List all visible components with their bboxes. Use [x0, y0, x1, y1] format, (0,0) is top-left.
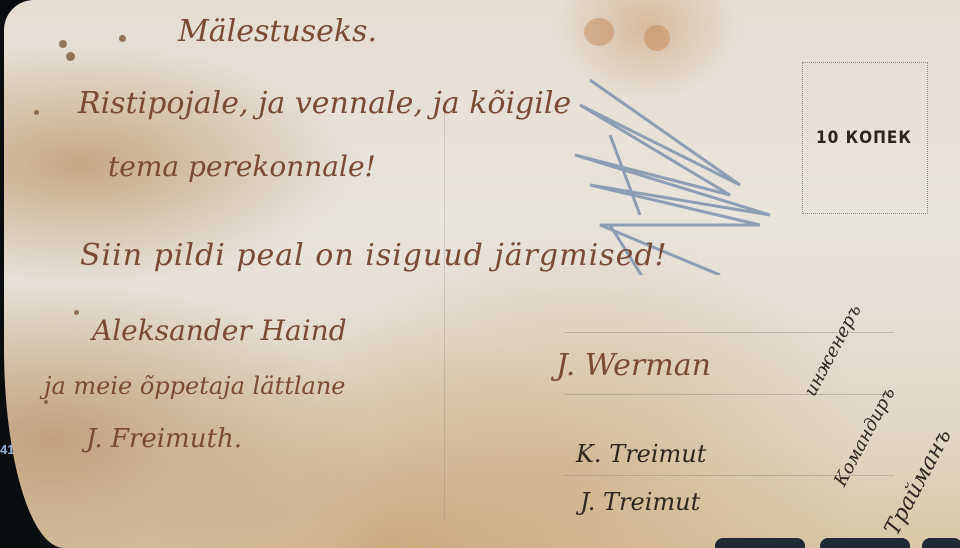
stain-spot: [66, 52, 75, 61]
stain-spot: [59, 40, 67, 48]
stain-spot: [584, 18, 614, 46]
center-divider: [444, 100, 445, 520]
line-siin-pildi: Siin pildi peal on isiguud järgmised!: [80, 238, 668, 273]
line-oppetaja: ja meie õppetaja lättlane: [44, 372, 345, 400]
signature-k-treimut: K. Treimut: [576, 440, 706, 468]
stain-spot: [644, 25, 670, 51]
stain-spot: [74, 310, 79, 315]
line-malestuseks: Mälestuseks.: [178, 14, 377, 49]
stain-spot: [34, 110, 39, 115]
background-object: [820, 538, 910, 548]
address-rule: [564, 394, 894, 395]
background-object: [922, 538, 960, 548]
stain-spot: [119, 35, 126, 42]
background-object: [715, 538, 805, 548]
line-freimuth: J. Freimuth.: [86, 424, 242, 454]
line-werman: J. Werman: [556, 348, 711, 383]
line-perekonnale: tema perekonnale!: [108, 150, 376, 183]
stain-spot: [44, 400, 48, 404]
line-aleksander-haind: Aleksander Haind: [92, 314, 347, 347]
stamp-label: 10 КОПЕК: [816, 128, 912, 148]
line-ristipojale: Ristipojale, ja vennale, ja kõigile: [78, 86, 571, 121]
signature-j-treimut: J. Treimut: [580, 488, 700, 516]
